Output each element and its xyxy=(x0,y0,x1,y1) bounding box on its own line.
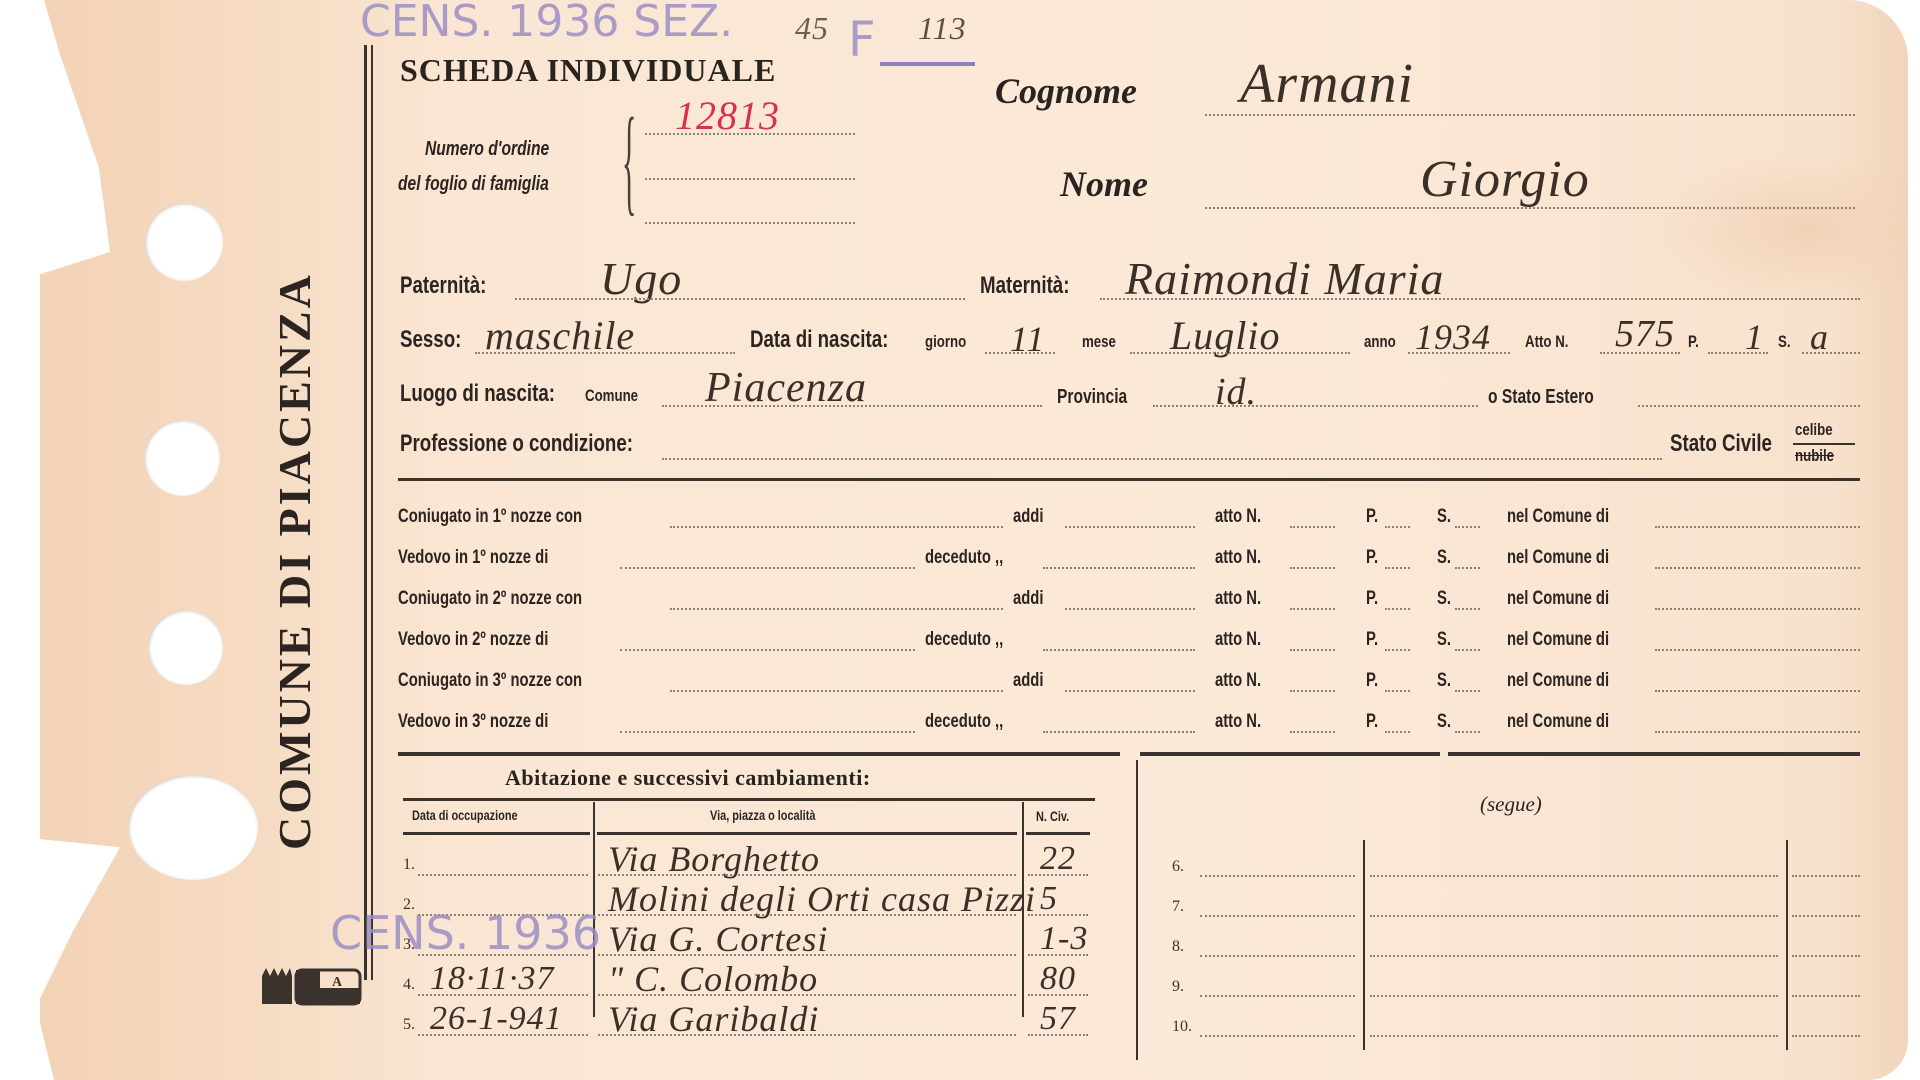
marriage-row-mid: deceduto ,, xyxy=(925,629,1003,651)
house-number: 80 xyxy=(1040,960,1076,998)
residence-title: Abitazione e successivi cambiamenti: xyxy=(505,765,871,791)
piacenza-crest-icon: A xyxy=(262,968,366,1008)
row-number: 10. xyxy=(1172,1018,1192,1036)
comune-field xyxy=(1655,526,1860,528)
marriage-row-label: Vedovo in 3º nozze di xyxy=(398,711,548,733)
comune-field xyxy=(1655,690,1860,692)
comune-field xyxy=(1655,608,1860,610)
occupation-date: 26-1-941 xyxy=(430,1000,563,1038)
comune-field xyxy=(1655,731,1860,733)
marriage-row-label: Vedovo in 1º nozze di xyxy=(398,547,548,569)
maternita-label: Maternità: xyxy=(980,272,1069,300)
svg-text:A: A xyxy=(332,975,343,990)
spouse-field xyxy=(670,690,1003,692)
cognome-value: Armani xyxy=(1240,52,1414,116)
marriage-row-mid: deceduto ,, xyxy=(925,547,1003,569)
street: Molini degli Orti casa Pizzi xyxy=(608,878,1036,920)
marriage-row-label: Coniugato in 3º nozze con xyxy=(398,670,582,692)
stamp-letter: F xyxy=(848,12,876,68)
census-stamp-bottom: CENS. 1936 xyxy=(330,906,601,960)
punch-hole xyxy=(145,203,223,281)
house-number: 57 xyxy=(1040,1000,1076,1038)
row-number: 5. xyxy=(403,1016,415,1034)
spouse-field xyxy=(620,649,915,651)
brace: { xyxy=(622,100,636,220)
professione-field xyxy=(662,458,1662,460)
house-number: 22 xyxy=(1040,840,1076,878)
marriage-row-mid: deceduto ,, xyxy=(925,711,1003,733)
form-title: SCHEDA INDIVIDUALE xyxy=(400,52,776,89)
estero-field xyxy=(1638,405,1860,407)
date-field xyxy=(1043,649,1195,651)
row-number: 7. xyxy=(1172,898,1184,916)
stato-civile-label: Stato Civile xyxy=(1670,430,1772,458)
col-date: Data di occupazione xyxy=(412,807,518,823)
row-number: 8. xyxy=(1172,938,1184,956)
row-number: 4. xyxy=(403,976,415,994)
marriage-row-label: Coniugato in 1º nozze con xyxy=(398,506,582,528)
spouse-field xyxy=(620,731,915,733)
date-field xyxy=(1043,731,1195,733)
house-number: 1-3 xyxy=(1040,920,1088,958)
provincia-value: id. xyxy=(1215,370,1257,414)
stamp-number: 113 xyxy=(918,10,967,47)
marriage-row-label: Coniugato in 2º nozze con xyxy=(398,588,582,610)
sesso-label: Sesso: xyxy=(400,326,461,354)
date-field xyxy=(1065,526,1195,528)
numero-ordine-label-2: del foglio di famiglia xyxy=(398,173,549,196)
nome-label: Nome xyxy=(1060,163,1148,205)
margin-rule xyxy=(371,45,373,980)
punch-hole xyxy=(148,610,223,685)
punch-hole xyxy=(144,420,220,496)
paternita-label: Paternità: xyxy=(400,272,486,300)
marriage-row-mid: addi xyxy=(1013,588,1043,610)
col-street: Via, piazza o località xyxy=(710,807,815,823)
date-field xyxy=(1065,608,1195,610)
row-number: 1. xyxy=(403,856,415,874)
date-field xyxy=(1043,567,1195,569)
marriage-row-label: Vedovo in 2º nozze di xyxy=(398,629,548,651)
stato-celibe: celibe xyxy=(1795,420,1833,440)
data-nascita-label: Data di nascita: xyxy=(750,326,888,354)
issuer-vertical: COMUNE DI PIACENZA xyxy=(268,272,321,850)
street: Via Garibaldi xyxy=(608,998,819,1040)
stamp-underline xyxy=(880,62,975,66)
section-rule xyxy=(398,478,1860,481)
luogo-label: Luogo di nascita: xyxy=(400,380,555,408)
house-number: 5 xyxy=(1040,880,1058,918)
street: " C. Colombo xyxy=(608,958,818,1000)
professione-label: Professione o condizione: xyxy=(400,430,633,458)
numero-ordine-label: Numero d'ordine xyxy=(425,138,549,161)
spouse-field xyxy=(620,567,915,569)
punch-hole xyxy=(128,775,258,880)
comune-field xyxy=(1655,567,1860,569)
numero-ordine-value: 12813 xyxy=(675,92,780,139)
nome-value: Giorgio xyxy=(1420,150,1590,209)
street: Via G. Cortesi xyxy=(608,918,828,960)
date-field xyxy=(1065,690,1195,692)
census-stamp: CENS. 1936 SEZ. xyxy=(360,0,733,47)
spouse-field xyxy=(670,608,1003,610)
street: Via Borghetto xyxy=(608,838,820,880)
segue-label: (segue) xyxy=(1480,792,1542,817)
marriage-row-mid: addi xyxy=(1013,506,1043,528)
marriage-row-mid: addi xyxy=(1013,670,1043,692)
stato-nubile: nubile xyxy=(1795,446,1834,466)
margin-rule xyxy=(364,45,367,980)
atto-value: 575 xyxy=(1615,312,1675,356)
occupation-date: 18·11·37 xyxy=(430,960,554,998)
section-number: 45 xyxy=(795,10,829,47)
row-number: 9. xyxy=(1172,978,1184,996)
row-number: 6. xyxy=(1172,858,1184,876)
col-civ: N. Civ. xyxy=(1036,808,1069,824)
comune-field xyxy=(1655,649,1860,651)
cognome-label: Cognome xyxy=(995,70,1137,112)
spouse-field xyxy=(670,526,1003,528)
